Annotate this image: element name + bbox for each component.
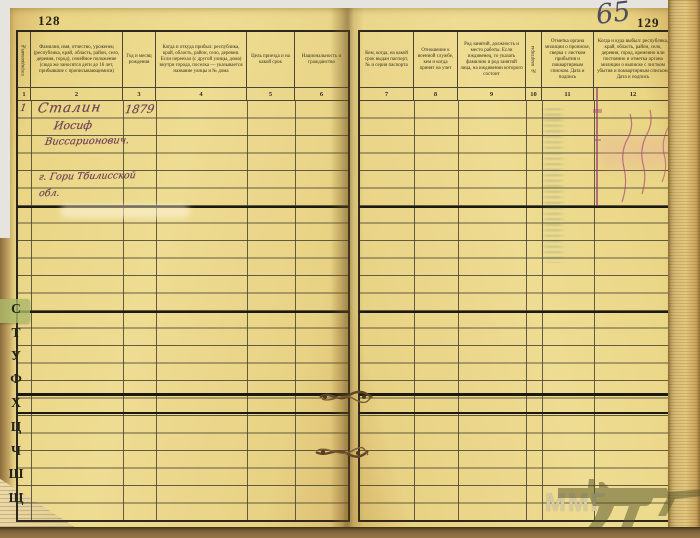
entry-birthplace-line2: обл. bbox=[38, 188, 60, 199]
faint-vertical-stamp bbox=[540, 108, 566, 263]
column-number-5: 5 bbox=[247, 88, 295, 100]
fore-edge-strip bbox=[668, 0, 700, 538]
column-number-8: 8 bbox=[414, 88, 458, 100]
table-body-left: 1 Сталин 1879 Иосиф Виссарионович. г. Го… bbox=[18, 101, 348, 520]
register-table-left: Порядковый № Фамилия, имя, отчество, уро… bbox=[16, 30, 350, 522]
book-bottom-edge bbox=[0, 527, 700, 538]
entry-row-number: 1 bbox=[19, 103, 27, 114]
column-number-1: 1 bbox=[18, 88, 31, 100]
paper-stain bbox=[60, 205, 190, 218]
column-number-9: 9 bbox=[458, 88, 526, 100]
column-header-1: Порядковый № bbox=[18, 32, 31, 87]
printed-page-number-left: 128 bbox=[38, 13, 61, 29]
column-header-9: Род занятий, должность и место работы. Е… bbox=[458, 32, 526, 87]
table-header-right: Кем, когда, на какой срок выдан паспорт,… bbox=[360, 32, 672, 88]
column-number-11: 11 bbox=[542, 88, 594, 100]
edge-tab-s: С bbox=[0, 301, 32, 317]
column-header-4: Когда и откуда прибыл: республика, край,… bbox=[156, 32, 247, 87]
edge-tab-ch: Ч bbox=[0, 443, 32, 459]
entry-surname: Сталин bbox=[37, 99, 103, 116]
column-header-8: Отношение к военной службе, кем и когда … bbox=[414, 32, 458, 87]
printed-page-number-right: 129 bbox=[637, 15, 660, 31]
edge-tab-kh: Х bbox=[0, 395, 32, 411]
edge-tab-u: У bbox=[0, 348, 32, 364]
edge-tab-shch: Щ bbox=[0, 490, 32, 506]
column-number-2: 2 bbox=[31, 88, 123, 100]
scanned-register-spread: 128 129 65 Порядковый № Фамилия, имя, от… bbox=[0, 0, 700, 538]
column-number-6: 6 bbox=[295, 88, 348, 100]
handwritten-folio-number: 65 bbox=[594, 0, 632, 31]
column-number-10: 10 bbox=[526, 88, 542, 100]
column-number-7: 7 bbox=[360, 88, 414, 100]
edge-tab-sh: Ш bbox=[0, 466, 32, 482]
column-header-12: Когда и куда выбыл: республика, край, об… bbox=[594, 32, 672, 87]
column-header-11: Отметка органа милиции о прописке, сверк… bbox=[542, 32, 594, 87]
column-header-7: Кем, когда, на какой срок выдан паспорт,… bbox=[360, 32, 414, 87]
edge-tab-ts: Ц bbox=[0, 419, 32, 435]
column-header-3: Год и месяц рождения bbox=[123, 32, 156, 87]
column-header-6: Национальность и гражданство bbox=[295, 32, 348, 87]
column-header-5: Цель приезда и на какой срок bbox=[247, 32, 295, 87]
entry-first-name: Иосиф bbox=[53, 119, 93, 133]
column-header-10: № квартиры bbox=[526, 32, 542, 87]
edge-tab-t: Т bbox=[0, 325, 32, 341]
table-header-left: Порядковый № Фамилия, имя, отчество, уро… bbox=[18, 32, 348, 88]
entry-birthplace-line1: г. Гори Тбилисской bbox=[38, 170, 137, 183]
entry-birth-year: 1879 bbox=[124, 102, 156, 117]
column-number-4: 4 bbox=[156, 88, 247, 100]
edge-tab-f: Ф bbox=[0, 371, 32, 387]
binding-thread bbox=[318, 388, 374, 406]
binding-thread bbox=[314, 444, 370, 462]
entry-patronymic: Виссарионович. bbox=[44, 135, 130, 147]
column-header-2: Фамилия, имя, отчество, уроженец (респуб… bbox=[31, 32, 123, 87]
column-number-3: 3 bbox=[123, 88, 156, 100]
